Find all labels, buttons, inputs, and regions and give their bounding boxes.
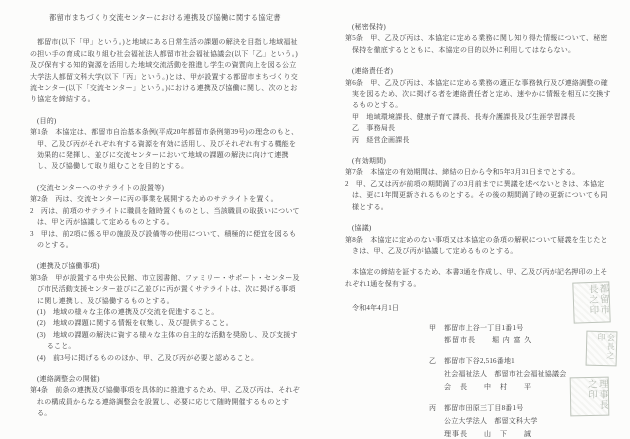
section-heading-satellite: (交流センターへのサテライトの設置等) <box>37 183 300 194</box>
section-heading-cooperation: (連携及び協働事項) <box>37 261 300 272</box>
article-2-para-3: 3 甲は、前2項に係る甲の施設及び設備等の使用について、積極的に便宜を図るものと… <box>30 229 300 252</box>
liaison-officer-kou: 甲 地域環境課長、健康子育て課長、長寿介護課長及び生涯学習課長 <box>352 112 614 123</box>
page-left: 都留市まちづくり交流センターにおける連携及び協働に関する協定書 都留市(以下「甲… <box>0 0 315 439</box>
section-heading-purpose: (目的) <box>37 116 300 127</box>
section-heading-liaison-meeting: (連絡調整会の開催) <box>37 374 300 385</box>
article-5: 第5条 甲、乙及び丙は、本協定に定める業務に関し知り得た情報について、秘密保持を… <box>345 33 614 56</box>
article-1: 第1条 本協定は、都留市自治基本条例(平成20年都留市条例第39号)の理念のもと… <box>30 127 300 173</box>
section-heading-liaison-officers: (連絡責任者) <box>352 66 614 77</box>
article-3-item-3: (3) 地域の課題の解決に資する様々な主体の自主的な活動を奨励し、及び支援するこ… <box>37 330 300 353</box>
article-7-para-2: 2 甲、乙又は丙が前項の期間満了の3月前までに異議を述べないときは、本協定は、更… <box>345 179 614 213</box>
official-seal-otsu: 会長之印 <box>586 331 618 367</box>
liaison-officer-hei: 丙 経営企画課長 <box>352 135 614 146</box>
official-seal-kou: 都留市長之印 <box>572 281 610 323</box>
liaison-officer-otsu: 乙 事務局長 <box>352 123 614 134</box>
article-8: 第8条 本協定に定めのない事項又は本協定の条項の解釈について疑義を生じたときは、… <box>345 235 614 258</box>
article-7: 第7条 本協定の有効期間は、締結の日から令和5年3月31日までとする。 <box>345 167 614 178</box>
official-seal-hei: 理事長之印 <box>570 377 610 417</box>
party-hei-name: 理事長 山 下 誠 <box>444 429 614 439</box>
party-hei-org: 公立大学法人 都留文科大学 <box>444 416 614 427</box>
page-right: (秘密保持) 第5条 甲、乙及び丙は、本協定に定める業務に関し知り得た情報につい… <box>315 0 630 439</box>
article-6: 第6条 甲、乙及び丙は、本協定に定める業務の適正な事務執行及び連絡調整の確実を図… <box>345 78 614 112</box>
article-3-item-2: (2) 地域の課題に関する情報を収集し、及び提供すること。 <box>37 318 300 329</box>
section-heading-validity-period: (有効期間) <box>352 156 614 167</box>
party-label: 丙 <box>429 403 444 439</box>
article-3-item-4: (4) 前3号に掲げるもののほか、甲、乙及び丙が必要と認めること。 <box>37 353 300 364</box>
article-2-para-2: 2 丙は、前項のサテライトに職員を随時置くものとし、当該職員の取扱いについては、… <box>30 206 300 229</box>
agreement-document-scan: 都留市まちづくり交流センターにおける連携及び協働に関する協定書 都留市(以下「甲… <box>0 0 630 439</box>
section-heading-consultation: (協議) <box>352 223 614 234</box>
party-label: 甲 <box>429 323 444 349</box>
article-2: 第2条 丙は、交流センターに丙の事業を展開するためのサテライトを置く。 <box>30 194 300 205</box>
article-3-item-1: (1) 地域の様々な主体の連携及び交流を促進すること。 <box>37 307 300 318</box>
preamble: 都留市(以下「甲」という。)と地域にある日常生活の課題の解決を目指し地域福祉の担… <box>30 37 300 105</box>
document-title: 都留市まちづくり交流センターにおける連携及び協働に関する協定書 <box>30 13 300 24</box>
section-heading-confidentiality: (秘密保持) <box>352 22 614 33</box>
article-3: 第3条 甲が設置する中央公民館、市立図書館、ファミリー・サポート・センター及び市… <box>30 273 300 307</box>
party-label: 乙 <box>429 356 444 395</box>
article-4: 第4条 前条の連携及び協働事項を具体的に推進するため、甲、乙及び丙は、それぞれの… <box>30 385 300 419</box>
